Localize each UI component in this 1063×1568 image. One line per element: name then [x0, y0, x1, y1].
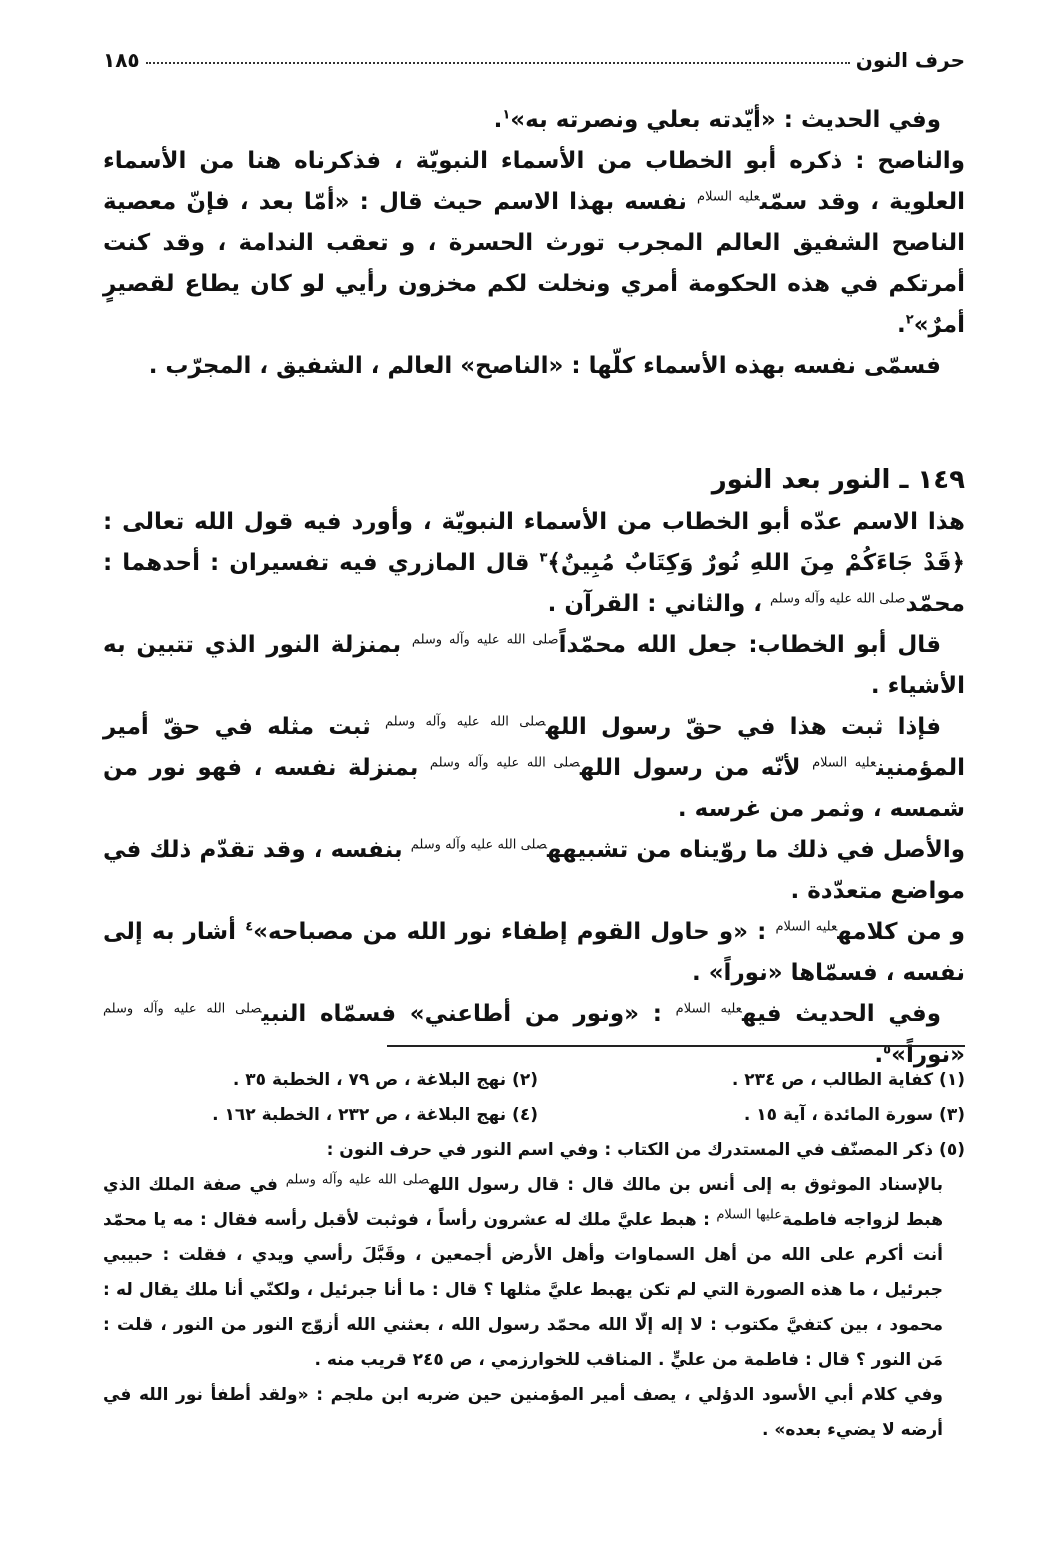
- footnote-3: (٣) سورة المائدة ، آية ١٥ .: [538, 1098, 965, 1133]
- footnote-ref[interactable]: ٢: [906, 312, 914, 327]
- footnote-1: (١) كفاية الطالب ، ص ٢٣٤ .: [538, 1063, 965, 1098]
- paragraph: قال أبو الخطاب: جعل الله محمّداًصلى الله…: [103, 625, 965, 707]
- honorific-glyph-alayhi-salam: عليه السلام: [812, 755, 876, 770]
- honorific-glyph-alayha-salam: عليها السلام: [716, 1207, 782, 1222]
- chapter-title: حرف النون: [856, 48, 965, 72]
- footnote-5-addendum: وفي كلام أبي الأسود الدؤلي ، يصف أمير ال…: [103, 1378, 965, 1448]
- paragraph: والأصل في ذلك ما روّيناه من تشبيههصلى ال…: [103, 830, 965, 912]
- honorific-glyph-salla: صلى الله عليه وآله وسلم: [770, 591, 905, 606]
- honorific-glyph-salla: صلى الله عليه وآله وسلم: [412, 632, 559, 647]
- paragraph: فإذا ثبت هذا في حقّ رسول اللهصلى الله عل…: [103, 707, 965, 830]
- body-block-continuation: وفي الحديث : «أيّدته بعلي ونصرته به»١. و…: [103, 100, 965, 387]
- paragraph: وفي الحديث : «أيّدته بعلي ونصرته به»١.: [103, 100, 965, 141]
- section-149: ١٤٩ ـ النور بعد النور هذا الاسم عدّه أبو…: [103, 458, 965, 1076]
- footnote-divider: [387, 1045, 965, 1047]
- honorific-glyph-alayhi-salam: عليه السلام: [697, 189, 760, 204]
- footnote-5-intro: (٥) ذكر المصنّف في المستدرك من الكتاب : …: [103, 1133, 965, 1168]
- honorific-glyph-alayhi-salam: عليه السلام: [676, 1001, 742, 1016]
- running-header: حرف النون ١٨٥: [103, 38, 965, 72]
- footnotes: (١) كفاية الطالب ، ص ٢٣٤ . (٢) نهج البلا…: [103, 1063, 965, 1448]
- paragraph: والناصح : ذكره أبو الخطاب من الأسماء الن…: [103, 141, 965, 346]
- footnote-4: (٤) نهج البلاغة ، ص ٢٣٢ ، الخطبة ١٦٢ .: [103, 1098, 538, 1133]
- honorific-glyph-salla: صلى الله عليه وآله وسلم: [385, 714, 546, 729]
- honorific-glyph-alayhi-salam: عليه السلام: [776, 919, 838, 934]
- honorific-glyph-salla: صلى الله عليه وآله وسلم: [411, 837, 547, 852]
- paragraph: و من كلامهعليه السلام : «و حاول القوم إط…: [103, 912, 965, 994]
- honorific-glyph-salla: صلى الله عليه وآله وسلم: [430, 755, 580, 770]
- book-page: حرف النون ١٨٥ وفي الحديث : «أيّدته بعلي …: [103, 0, 965, 1568]
- paragraph: هذا الاسم عدّه أبو الخطاب من الأسماء الن…: [103, 502, 965, 625]
- section-heading: ١٤٩ ـ النور بعد النور: [103, 458, 965, 502]
- footnote-5-body: بالإسناد الموثوق به إلى أنس بن مالك قال …: [103, 1168, 965, 1378]
- honorific-glyph-salla: صلى الله عليه وآله وسلم: [286, 1172, 429, 1187]
- footnote-grid: (١) كفاية الطالب ، ص ٢٣٤ . (٢) نهج البلا…: [103, 1063, 965, 1133]
- page-number: ١٨٥: [103, 48, 140, 72]
- footnote-ref[interactable]: ٤: [245, 919, 253, 934]
- paragraph: فسمّى نفسه بهذه الأسماء كلّها : «الناصح»…: [103, 346, 965, 387]
- dotted-leader: [146, 62, 850, 64]
- footnote-2: (٢) نهج البلاغة ، ص ٧٩ ، الخطبة ٣٥ .: [103, 1063, 538, 1098]
- honorific-glyph-salla: صلى الله عليه وآله وسلم: [103, 1001, 262, 1016]
